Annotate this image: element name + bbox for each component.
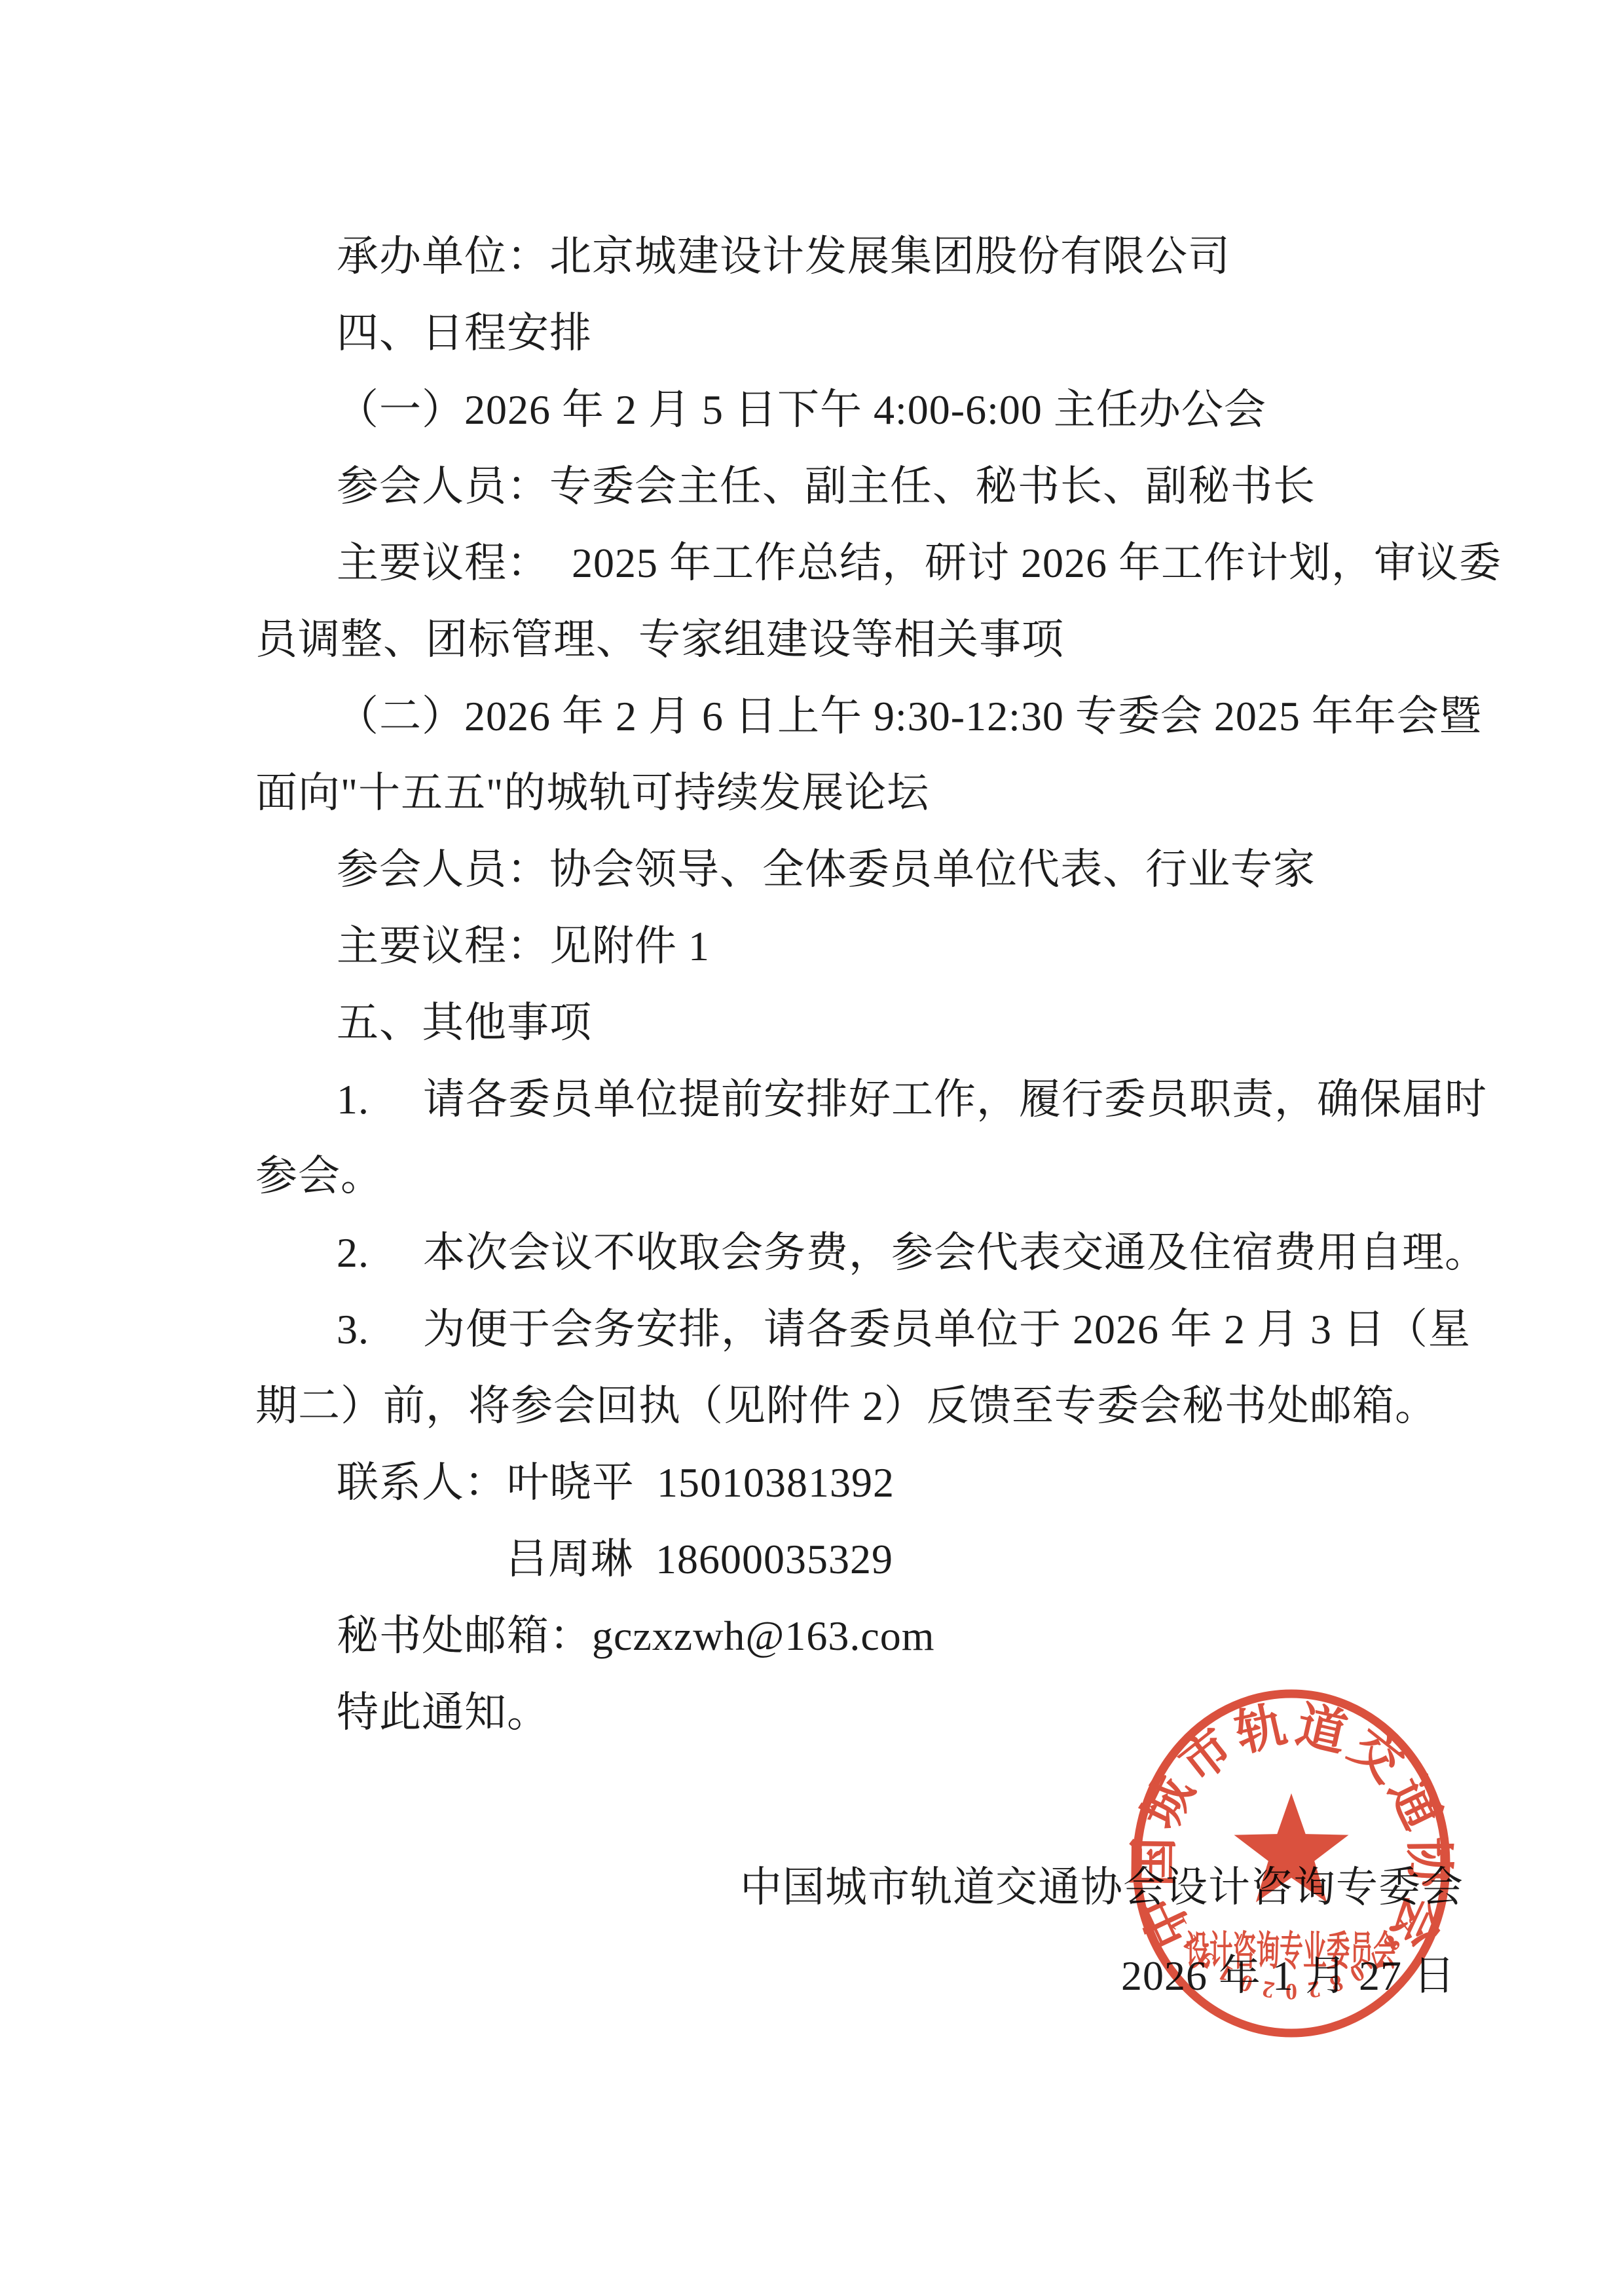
closing-line: 特此通知。	[337, 1687, 549, 1739]
body-line: 面向"十五五"的城轨可持续发展论坛	[255, 767, 929, 819]
star-icon	[1234, 1793, 1349, 1902]
contact-line: 联系人：叶晓平 15010381392	[337, 1457, 895, 1509]
notice-page: 承办单位：北京城建设计发展集团股份有限公司 四、日程安排 （一）2026 年 2…	[0, 0, 1624, 2295]
svg-text:国: 国	[1128, 1837, 1182, 1888]
body-line: 参会。	[255, 1150, 383, 1203]
body-line: 主要议程：见附件 1	[337, 920, 710, 973]
official-seal: 中国城市轨道交通协会 设计咨询专业委员会 1191020280787	[1128, 1685, 1455, 2042]
body-line: 期二）前，将参会回执（见附件 2）反馈至专委会秘书处邮箱。	[255, 1380, 1437, 1432]
official-seal-graphic: 中国城市轨道交通协会 设计咨询专业委员会 1191020280787	[1128, 1685, 1455, 2042]
svg-text:道: 道	[1291, 1698, 1352, 1763]
body-line: 主要议程： 2025 年工作总结，研讨 2026 年工作计划，审议委	[337, 537, 1502, 589]
svg-text:轨: 轨	[1230, 1698, 1291, 1763]
body-line: 参会人员：专委会主任、副主任、秘书长、副秘书长	[337, 460, 1316, 513]
body-line: 承办单位：北京城建设计发展集团股份有限公司	[337, 231, 1230, 283]
body-line: （二）2026 年 2 月 6 日上午 9:30-12:30 专委会 2025 …	[337, 690, 1482, 743]
body-line: 参会人员：协会领导、全体委员单位代表、行业专家	[337, 844, 1316, 896]
body-line-section-heading: 四、日程安排	[337, 307, 592, 360]
body-line-section-heading: 五、其他事项	[337, 997, 592, 1049]
seal-band-text: 设计咨询专业委员会	[1186, 1929, 1397, 1974]
body-line: 员调整、团标管理、专家组建设等相关事项	[255, 614, 1064, 666]
body-line-numbered-item: 3. 为便于会务安排，请各委员单位于 2026 年 2 月 3 日（星	[337, 1303, 1471, 1356]
svg-text:0: 0	[1285, 1979, 1297, 2005]
contact-line: 吕周琳 18600035329	[506, 1533, 893, 1586]
body-line-numbered-item: 2. 本次会议不收取会务费，参会代表交通及住宿费用自理。	[337, 1227, 1487, 1279]
svg-text:协: 协	[1401, 1837, 1455, 1890]
svg-text:2: 2	[1306, 1976, 1323, 2004]
body-line: （一）2026 年 2 月 5 日下午 4:00-6:00 主任办公会	[337, 384, 1266, 436]
body-line-numbered-item: 1. 请各委员单位提前安排好工作，履行委员职责，确保届时	[337, 1073, 1487, 1126]
svg-text:2: 2	[1260, 1976, 1276, 2004]
email-line: 秘书处邮箱：gczxzwh@163.com	[337, 1610, 935, 1662]
